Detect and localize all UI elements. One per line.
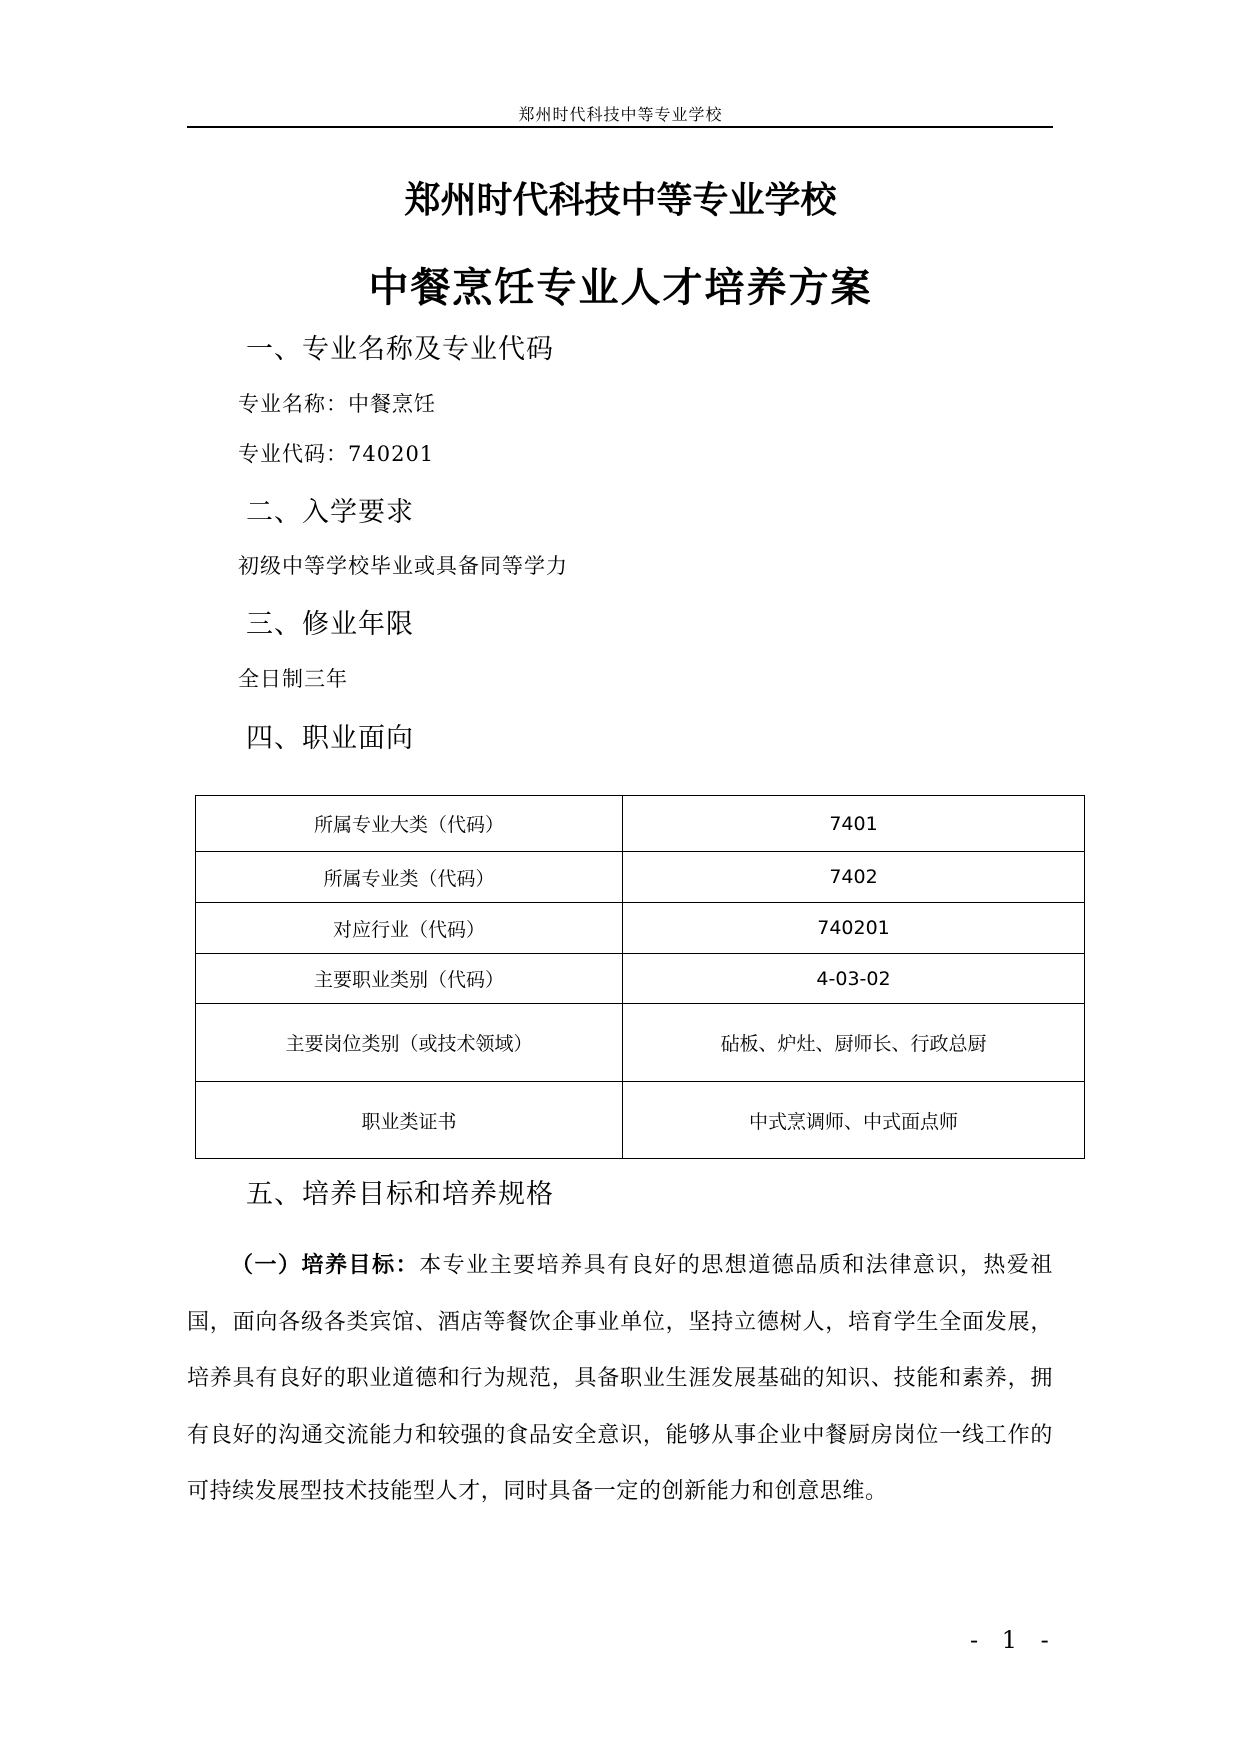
table-cell-label: 所属专业类（代码） bbox=[196, 852, 623, 903]
table-cell-label: 职业类证书 bbox=[196, 1082, 623, 1159]
table-row: 所属专业大类（代码） 7401 bbox=[196, 796, 1085, 852]
table-cell-label: 对应行业（代码） bbox=[196, 903, 623, 954]
training-goal-paragraph: （一）培养目标：本专业主要培养具有良好的思想道德品质和法律意识，热爱祖国，面向各… bbox=[187, 1238, 1053, 1521]
table-row: 对应行业（代码） 740201 bbox=[196, 903, 1085, 954]
section-heading-5: 五、培养目标和培养规格 bbox=[246, 1172, 554, 1211]
section-heading-3: 三、修业年限 bbox=[246, 602, 414, 641]
section-heading-1: 一、专业名称及专业代码 bbox=[246, 327, 554, 366]
table-row: 主要职业类别（代码） 4-03-02 bbox=[196, 954, 1085, 1004]
admission-requirement: 初级中等学校毕业或具备同等学力 bbox=[238, 550, 568, 580]
major-name: 专业名称：中餐烹饪 bbox=[238, 388, 436, 418]
table-row: 主要岗位类别（或技术领域） 砧板、炉灶、厨师长、行政总厨 bbox=[196, 1004, 1085, 1082]
table-cell-label: 主要职业类别（代码） bbox=[196, 954, 623, 1004]
document-title-plan: 中餐烹饪专业人才培养方案 bbox=[0, 256, 1241, 313]
table-cell-label: 所属专业大类（代码） bbox=[196, 796, 623, 852]
document-title-school: 郑州时代科技中等专业学校 bbox=[0, 172, 1241, 223]
table-row: 所属专业类（代码） 7402 bbox=[196, 852, 1085, 903]
table-cell-value: 中式烹调师、中式面点师 bbox=[623, 1082, 1085, 1159]
section-heading-2: 二、入学要求 bbox=[246, 490, 414, 529]
table-cell-value: 4-03-02 bbox=[623, 954, 1085, 1004]
running-header: 郑州时代科技中等专业学校 bbox=[0, 102, 1241, 125]
header-rule bbox=[187, 126, 1053, 128]
occupation-table: 所属专业大类（代码） 7401 所属专业类（代码） 7402 对应行业（代码） … bbox=[195, 795, 1085, 1159]
table-cell-value: 7401 bbox=[623, 796, 1085, 852]
page-number: - 1 - bbox=[970, 1626, 1057, 1654]
table-row: 职业类证书 中式烹调师、中式面点师 bbox=[196, 1082, 1085, 1159]
training-goal-text: 本专业主要培养具有良好的思想道德品质和法律意识，热爱祖国，面向各级各类宾馆、酒店… bbox=[187, 1253, 1053, 1504]
major-code: 专业代码：740201 bbox=[238, 438, 434, 468]
study-duration: 全日制三年 bbox=[238, 663, 348, 693]
training-goal-label: （一）培养目标： bbox=[231, 1253, 419, 1278]
table-cell-value: 砧板、炉灶、厨师长、行政总厨 bbox=[623, 1004, 1085, 1082]
table-cell-label: 主要岗位类别（或技术领域） bbox=[196, 1004, 623, 1082]
table-cell-value: 7402 bbox=[623, 852, 1085, 903]
table-cell-value: 740201 bbox=[623, 903, 1085, 954]
section-heading-4: 四、职业面向 bbox=[246, 716, 414, 755]
